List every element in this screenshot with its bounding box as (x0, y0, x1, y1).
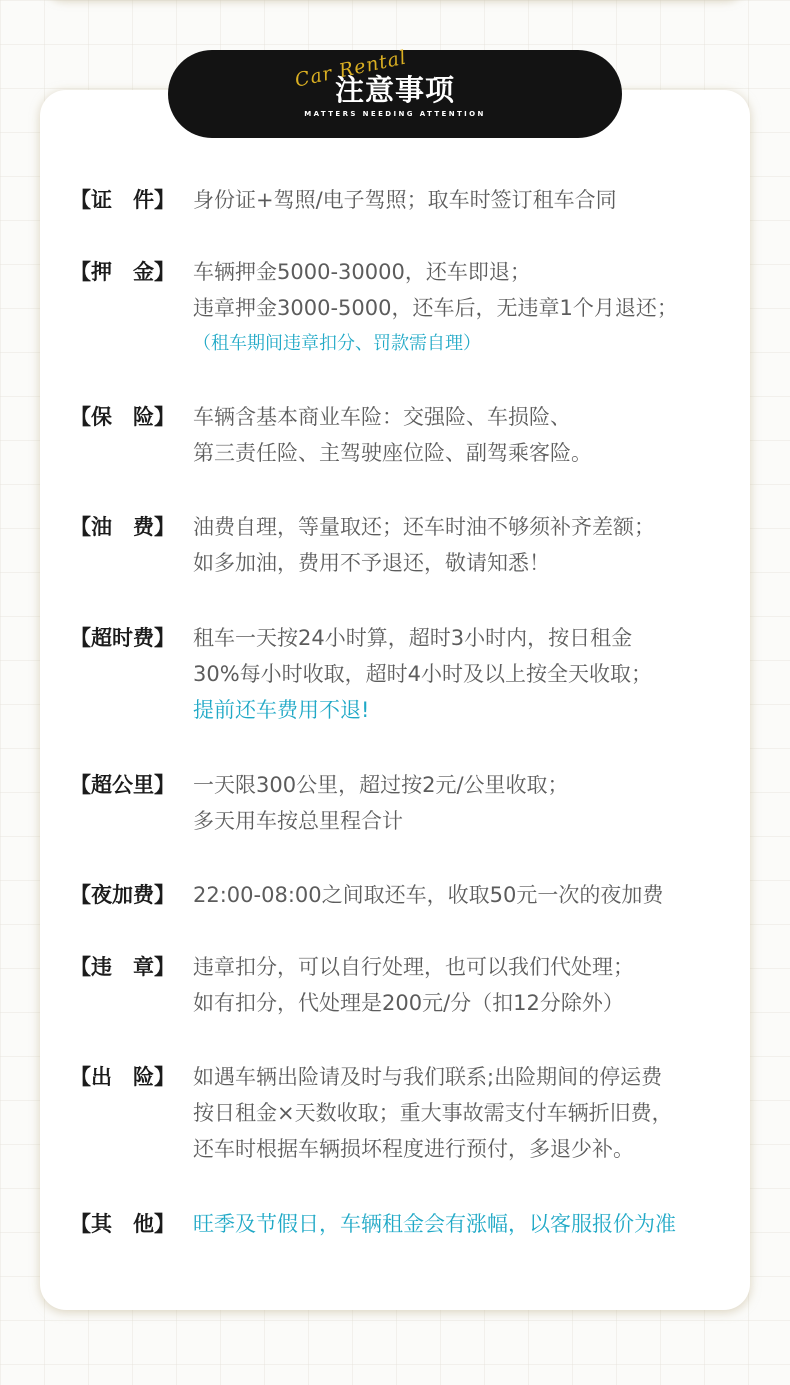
notice-text: 一天限300公里，超过按2元/公里收取； (193, 767, 569, 803)
notice-highlight: （租车期间违章扣分、罚款需自理） (193, 326, 678, 362)
notice-item-overtime: 【超时费】 租车一天按24小时算，超时3小时内，按日租金 30%每小时收取，超时… (70, 620, 652, 728)
notice-label: 【夜加费】 (70, 877, 193, 913)
notice-text: 第三责任险、主驾驶座位险、副驾乘客险。 (193, 435, 592, 471)
notice-item-fuel: 【油 费】 油费自理，等量取还；还车时油不够须补齐差额； 如多加油，费用不予退还… (70, 509, 655, 581)
section-subtitle: MATTERS NEEDING ATTENTION (168, 110, 622, 118)
notice-text: 多天用车按总里程合计 (193, 803, 569, 839)
section-header: Car Rental 注意事项 MATTERS NEEDING ATTENTIO… (168, 50, 622, 138)
notice-text: 租车一天按24小时算，超时3小时内，按日租金 (193, 620, 652, 656)
notice-item-mileage: 【超公里】 一天限300公里，超过按2元/公里收取； 多天用车按总里程合计 (70, 767, 569, 839)
notice-text: 30%每小时收取，超时4小时及以上按全天收取； (193, 656, 652, 692)
notice-item-other: 【其 他】 旺季及节假日，车辆租金会有涨幅，以客服报价为准 (70, 1206, 676, 1242)
notice-label: 【证 件】 (70, 182, 193, 218)
notice-text: 车辆含基本商业车险：交强险、车损险、 (193, 399, 592, 435)
notice-label: 【油 费】 (70, 509, 193, 581)
notice-label: 【其 他】 (70, 1206, 193, 1242)
notice-item-night-fee: 【夜加费】 22:00-08:00之间取还车，收取50元一次的夜加费 (70, 877, 663, 913)
section-title: 注意事项 (168, 68, 622, 109)
notice-text: 违章扣分，可以自行处理，也可以我们代处理； (193, 949, 634, 985)
notice-highlight: 提前还车费用不退! (193, 692, 652, 728)
notice-label: 【出 险】 (70, 1059, 193, 1167)
notice-text: 车辆押金5000-30000，还车即退； (193, 254, 678, 290)
notice-text: 如有扣分，代处理是200元/分（扣12分除外） (193, 985, 634, 1021)
notice-item-violations: 【违 章】 违章扣分，可以自行处理，也可以我们代处理； 如有扣分，代处理是200… (70, 949, 634, 1021)
notice-text: 如遇车辆出险请及时与我们联系;出险期间的停运费 (193, 1059, 673, 1095)
notice-label: 【保 险】 (70, 399, 193, 471)
notice-text: 身份证+驾照/电子驾照；取车时签订租车合同 (193, 182, 617, 218)
notice-label: 【超时费】 (70, 620, 193, 728)
notice-label: 【超公里】 (70, 767, 193, 839)
notice-text: 违章押金3000-5000，还车后，无违章1个月退还； (193, 290, 678, 326)
notice-item-accident: 【出 险】 如遇车辆出险请及时与我们联系;出险期间的停运费 按日租金×天数收取；… (70, 1059, 673, 1167)
notice-item-deposit: 【押 金】 车辆押金5000-30000，还车即退； 违章押金3000-5000… (70, 254, 678, 362)
notice-text: 如多加油，费用不予退还，敬请知悉！ (193, 545, 655, 581)
notice-item-documents: 【证 件】 身份证+驾照/电子驾照；取车时签订租车合同 (70, 182, 617, 218)
notice-text: 还车时根据车辆损坏程度进行预付，多退少补。 (193, 1131, 673, 1167)
notice-text: 油费自理，等量取还；还车时油不够须补齐差额； (193, 509, 655, 545)
notice-text: 22:00-08:00之间取还车，收取50元一次的夜加费 (193, 877, 663, 913)
notice-highlight: 旺季及节假日，车辆租金会有涨幅，以客服报价为准 (193, 1206, 676, 1242)
notice-item-insurance: 【保 险】 车辆含基本商业车险：交强险、车损险、 第三责任险、主驾驶座位险、副驾… (70, 399, 592, 471)
notice-label: 【违 章】 (70, 949, 193, 1021)
notice-label: 【押 金】 (70, 254, 193, 362)
notice-text: 按日租金×天数收取；重大事故需支付车辆折旧费， (193, 1095, 673, 1131)
